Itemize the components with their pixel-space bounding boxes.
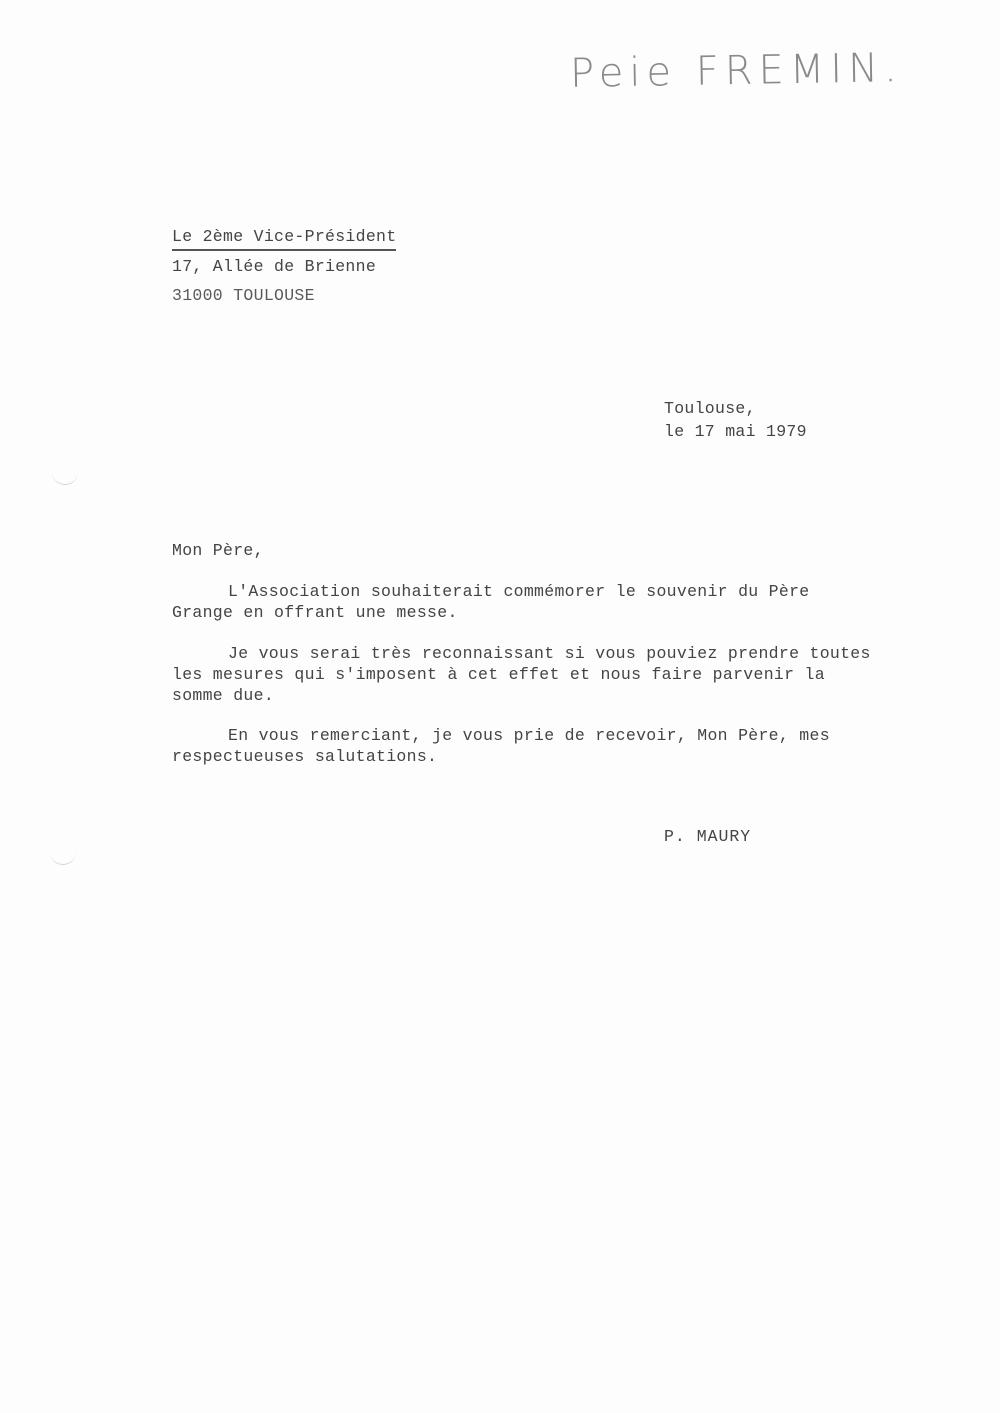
punch-hole-mark	[52, 470, 78, 485]
paragraph-1-line-1: L'Association souhaiterait commémorer le…	[228, 581, 810, 603]
paragraph-2-line-3: somme due.	[172, 685, 274, 707]
paragraph-2-line-2: les mesures qui s'imposent à cet effet e…	[172, 664, 825, 686]
salutation: Mon Père,	[172, 540, 264, 562]
signature: P. MAURY	[664, 826, 751, 848]
dateline-date: le 17 mai 1979	[664, 421, 807, 443]
sender-address-city: 31000 TOULOUSE	[172, 285, 315, 307]
sender-address-street: 17, Allée de Brienne	[172, 256, 376, 278]
sender-title: Le 2ème Vice-Président	[172, 226, 396, 251]
dateline-place: Toulouse,	[664, 398, 756, 420]
paragraph-1-line-2: Grange en offrant une messe.	[172, 602, 458, 624]
paragraph-3-line-2: respectueuses salutations.	[172, 746, 437, 768]
paragraph-2-line-1: Je vous serai très reconnaissant si vous…	[228, 643, 871, 665]
letter-page: Peie FREMIN. Le 2ème Vice-Président 17, …	[0, 0, 1000, 1413]
punch-hole-mark	[50, 850, 76, 865]
paragraph-3-line-1: En vous remerciant, je vous prie de rece…	[228, 725, 830, 747]
handwritten-annotation: Peie FREMIN.	[570, 45, 904, 97]
